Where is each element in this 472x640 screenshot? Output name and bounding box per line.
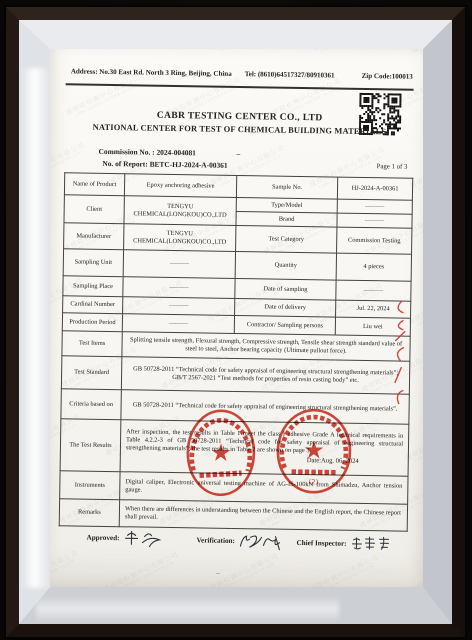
approved-label: Approved: xyxy=(86,534,119,543)
row-value: HJ-2024-A-00361 xyxy=(337,177,412,200)
mat-opening: 建研院检测中心有限公司CABR TESTING CENTER CO.,LTD建研… xyxy=(50,49,423,587)
picture-frame: 建研院检测中心有限公司CABR TESTING CENTER CO.,LTD建研… xyxy=(6,7,465,637)
row-label: Remarks xyxy=(59,499,119,527)
approved-block: Approved: xyxy=(86,534,164,550)
row-value: ——— xyxy=(337,213,412,228)
row-label: The Test Results xyxy=(60,419,121,472)
address-text: Address: No.30 East Rd. North 3 Ring, Be… xyxy=(71,67,232,78)
row-value: GB 50728-2011 “Technical code for safety… xyxy=(121,357,409,395)
verification-signature xyxy=(238,532,284,553)
table-row: The Test Results After inspection, the t… xyxy=(60,419,409,476)
verification-label: Verification: xyxy=(196,536,235,545)
row-value: ——— xyxy=(122,314,234,334)
zip-code-text: Zip Code:100013 xyxy=(362,72,413,81)
row-label: Contractor/ Sampling persons xyxy=(234,315,335,335)
row-value: Commission Testing xyxy=(337,227,412,254)
row-label: Date of delivery xyxy=(235,298,336,317)
row-value: ——— xyxy=(123,297,235,316)
row-value: After inspection, the test results in Ta… xyxy=(120,420,409,477)
telephone-text: Tel: (8610)64517327/80910361 xyxy=(245,70,335,79)
row-label: Sample No. xyxy=(236,175,337,199)
row-label: Test Items xyxy=(62,331,122,357)
chief-inspector-signature xyxy=(349,535,395,554)
row-label: Instruments xyxy=(60,471,120,500)
approved-signature xyxy=(122,529,164,550)
row-value: TENGYU CHEMICAL(LONGKOU)CO.,LTD xyxy=(124,196,236,226)
footer-dash: – xyxy=(216,569,220,577)
document-content: Address: No.30 East Rd. North 3 Ring, Be… xyxy=(50,49,423,587)
row-label: Client xyxy=(64,195,124,224)
row-label: Cardinal Number xyxy=(63,296,123,314)
row-label: Criteria based on xyxy=(61,389,121,420)
row-value: ——— xyxy=(337,199,412,214)
table-row: Test Standard GB 50728-2011 “Technical c… xyxy=(61,356,409,394)
row-value: ——— xyxy=(123,277,235,299)
commission-number: Commission No. : 2024-004081 xyxy=(99,147,196,158)
row-label: Type/Model xyxy=(236,197,337,213)
row-value: When there are differences in understand… xyxy=(119,500,407,532)
row-value: ——— xyxy=(123,250,235,279)
row-value: TENGYU CHEMICAL(LONGKOU)CO.,LTD xyxy=(124,224,236,252)
row-value: ——— xyxy=(336,280,411,301)
header-rule xyxy=(66,83,414,90)
row-label: Production Period xyxy=(62,313,122,332)
verification-block: Verification: xyxy=(196,536,284,552)
address-row: Address: No.30 East Rd. North 3 Ring, Be… xyxy=(71,67,413,80)
row-label: Quantity xyxy=(235,251,336,280)
report-info-table: Name of Product Epoxy anchoring adhesive… xyxy=(59,172,414,531)
row-value: Digital caliper, Electronic universal te… xyxy=(120,472,408,505)
row-value: GB 50728-2011 “Technical code for safety… xyxy=(121,390,409,425)
page-indicator: Page 1 of 3 xyxy=(377,163,408,170)
chief-inspector-block: Chief Inspector: xyxy=(296,539,395,554)
row-value: Jul. 22, 2024 xyxy=(336,300,411,318)
frame-mat: 建研院检测中心有限公司CABR TESTING CENTER CO.,LTD建研… xyxy=(19,20,452,624)
test-report-document: 建研院检测中心有限公司CABR TESTING CENTER CO.,LTD建研… xyxy=(50,49,423,587)
row-value: Epoxy anchoring adhesive xyxy=(124,174,236,198)
report-number: No. of Report: BETC-HJ-2024-A-00361 xyxy=(102,159,227,170)
table-row: Remarks When there are differences in un… xyxy=(59,499,407,531)
commission-dash: – xyxy=(237,149,241,158)
row-label: Name of Product xyxy=(64,173,124,196)
test-results-text: After inspection, the test results in Ta… xyxy=(126,429,403,457)
row-label: Manufacturer xyxy=(64,223,124,250)
row-label: Test Standard xyxy=(61,356,122,390)
row-label: Date of sampling xyxy=(235,278,336,300)
row-value: 4 pieces xyxy=(336,253,411,281)
framed-certificate-photo: 建研院检测中心有限公司CABR TESTING CENTER CO.,LTD建研… xyxy=(0,0,472,640)
row-label: Sampling Unit xyxy=(63,249,123,277)
test-results-date: Date:Aug. 06, 2024 xyxy=(126,455,403,468)
row-label: Test Category xyxy=(236,225,337,253)
row-label: Sampling Place xyxy=(63,276,123,297)
row-value: Liu wei xyxy=(335,317,410,336)
chief-inspector-label: Chief Inspector: xyxy=(296,539,346,548)
